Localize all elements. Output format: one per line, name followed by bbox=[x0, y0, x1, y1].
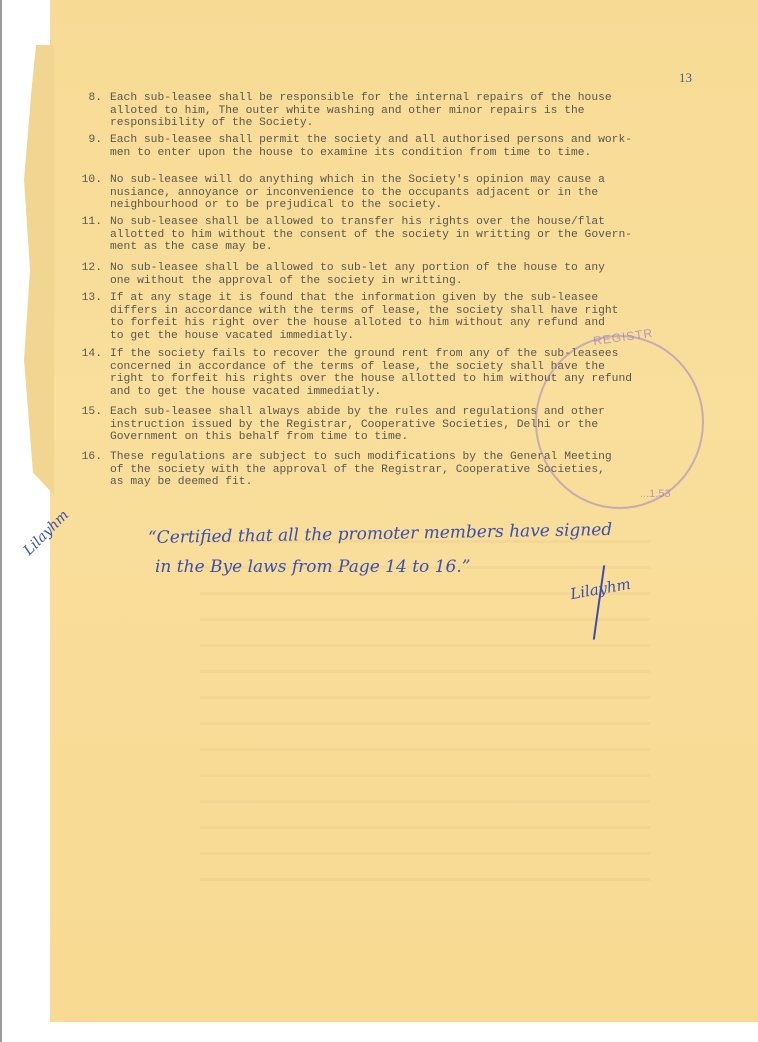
clause-10: 10.No sub-leasee will do anything which … bbox=[62, 174, 702, 212]
scan-edge bbox=[0, 0, 2, 1042]
page-number: 13 bbox=[679, 70, 692, 86]
clause-9: 9.Each sub-leasee shall permit the socie… bbox=[62, 134, 702, 159]
torn-left-margin bbox=[24, 45, 54, 495]
registrar-stamp bbox=[535, 335, 704, 509]
clause-8: 8.Each sub-leasee shall be responsible f… bbox=[62, 92, 702, 130]
certification-line-2: in the Bye laws from Page 14 to 16.” bbox=[155, 557, 470, 577]
stamp-date: ...1.53 bbox=[640, 488, 671, 500]
clause-12: 12.No sub-leasee shall be allowed to sub… bbox=[62, 262, 702, 287]
clause-11: 11.No sub-leasee shall be allowed to tra… bbox=[62, 216, 702, 254]
